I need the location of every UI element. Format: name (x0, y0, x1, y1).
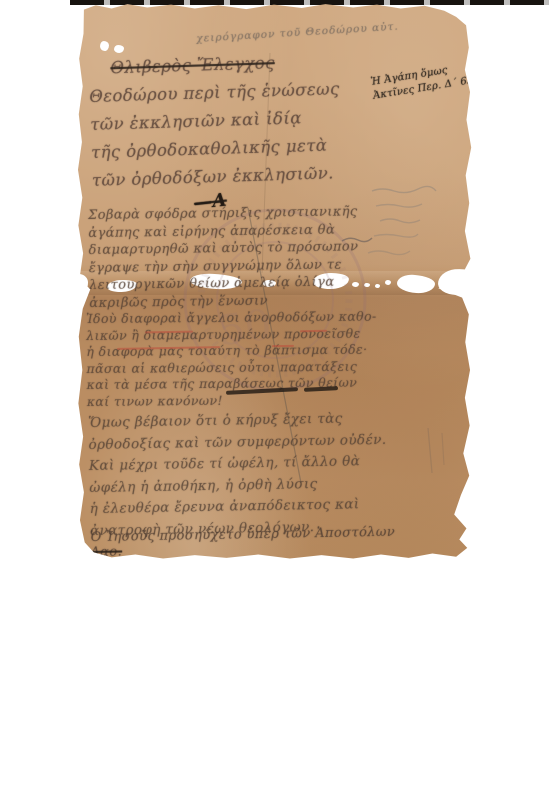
faint-marginalia (376, 204, 422, 207)
faint-scratch (428, 428, 432, 473)
faint-marginalia (368, 251, 410, 255)
faint-scratch (442, 433, 444, 465)
body-line: Ἰδοὺ διαφοραὶ ἄγγελοι ἀνορθοδόξων καθο- (86, 308, 377, 327)
red-underline (272, 345, 294, 347)
body-paragraph-3: Ὅμως βέβαιον ὅτι ὁ κήρυξ ἔχει τὰς ὀρθοδο… (88, 408, 388, 542)
torn-hole (114, 45, 124, 53)
faint-marginalia (380, 219, 420, 223)
closing-block: Ὁ Ἰησοῦς προσηύχετο ὑπὲρ τῶν Ἀποστόλων Λ… (90, 525, 396, 560)
pencil-top-note: χειρόγραφον τοῦ Θεοδώρου αὐτ. (196, 21, 399, 45)
body-paragraph-1: Σοβαρὰ σφόδρα στήριξις χριστιανικῆς ἀγάπ… (88, 203, 359, 312)
faint-marginalia (372, 186, 436, 192)
margin-annotation: Ἡ Ἀγάπη ὅμως Ἀκτῖνες Περ. Δ΄ 639 (370, 59, 481, 104)
body-paragraph-2: Ἰδοὺ διαφοραὶ ἄγγελοι ἀνορθοδόξων καθο- … (86, 308, 377, 410)
torn-hole (100, 41, 109, 51)
faint-marginalia (374, 234, 418, 237)
title-block: Θλιβερὸς Ἔλεγχος Θεοδώρου περὶ τῆς ἑνώσε… (88, 47, 343, 195)
scanned-document-page: 50 χειρόγραφον τοῦ Θεοδώρου αὐτ. Θλιβερὸ… (0, 0, 549, 800)
scanner-edge-artifact (70, 0, 549, 5)
torn-hole (72, 274, 88, 294)
manuscript-paper: 50 χειρόγραφον τοῦ Θεοδώρου αὐτ. Θλιβερὸ… (76, 3, 472, 559)
body-line: ἡ διαφορὰ μας τοιαύτη τὸ βάπτισμα τόδε· (86, 341, 377, 360)
